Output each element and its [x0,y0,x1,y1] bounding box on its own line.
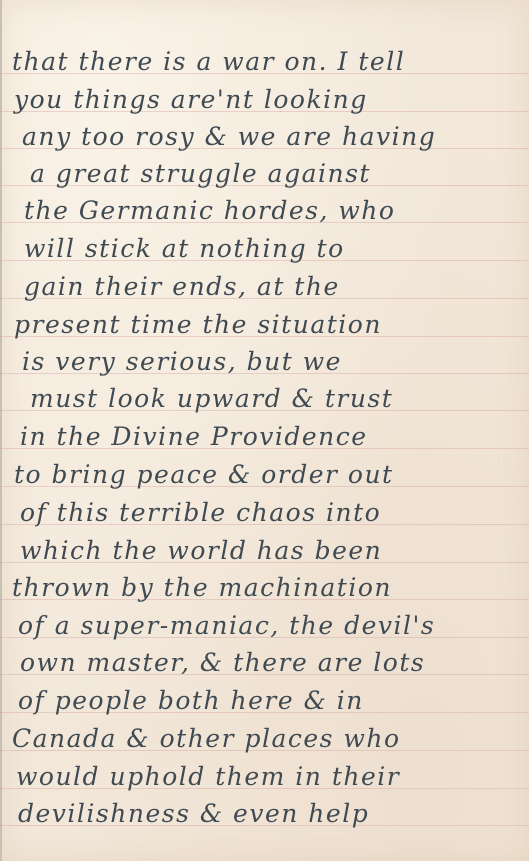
handwritten-line: devilishness & even help [18,799,528,829]
handwritten-line: to bring peace & order out [14,460,524,490]
handwritten-line: of this terrible chaos into [20,498,529,528]
handwritten-line: in the Divine Providence [20,422,529,452]
handwritten-line: of a super-maniac, the devil's [18,611,528,641]
handwritten-line: own master, & there are lots [20,648,529,678]
handwritten-line: you things are'nt looking [14,85,524,115]
handwritten-line: any too rosy & we are having [22,122,529,152]
handwritten-line: of people both here & in [18,686,528,716]
page-edge [0,0,2,861]
handwritten-line: will stick at nothing to [24,234,529,264]
handwritten-line: would uphold them in their [16,762,526,792]
handwritten-line: present time the situation [14,310,524,340]
handwritten-line: which the world has been [20,536,529,566]
handwritten-line: that there is a war on. I tell [12,47,522,77]
handwritten-line: a great struggle against [30,159,529,189]
handwritten-line: the Germanic hordes, who [24,196,529,226]
handwritten-line: Canada & other places who [12,724,522,754]
handwritten-line: must look upward & trust [30,384,529,414]
letter-page: that there is a war on. I tell you thing… [0,0,529,861]
handwritten-line: is very serious, but we [22,347,529,377]
handwritten-line: thrown by the machination [12,573,522,603]
handwritten-line: gain their ends, at the [24,272,529,302]
